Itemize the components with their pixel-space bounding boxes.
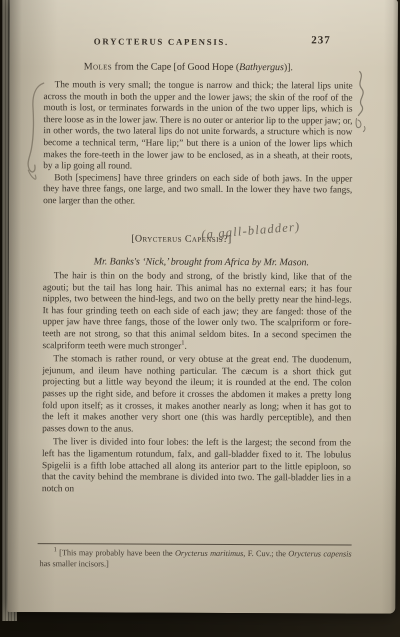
photo-background: ORYCTERUS CAPENSIS. 237 Moles from the C… — [0, 0, 400, 637]
paragraph-hair-period: . — [184, 341, 186, 351]
footnote-text-3: has smaller incisors.] — [40, 559, 109, 568]
paragraph-group-2: The hair is thin on the body and strong,… — [42, 271, 352, 499]
section-heading-smallcaps: Moles — [84, 61, 112, 72]
section-heading-suffix: )]. — [284, 62, 293, 73]
pencil-curved-bracket-icon — [28, 83, 44, 179]
running-head: ORYCTERUS CAPENSIS. 237 — [44, 34, 353, 49]
paragraph-group-1: The mouth is very small; the tongue is n… — [43, 80, 353, 209]
specimen-subheading: Mr. Banks's ‘Nick,’ brought from Africa … — [47, 256, 356, 269]
paragraph-stomach: The stomach is rather round, or very obt… — [42, 354, 351, 437]
footnote: 1 [This may probably have been the Oryct… — [40, 548, 352, 571]
footnote-rule — [38, 543, 352, 545]
paragraph-grinders: Both [specimens] have three grinders on … — [43, 173, 352, 209]
section-heading-text: from the Cape [of Good Hope ( — [112, 61, 239, 73]
pencil-wavy-brace-icon — [356, 72, 365, 132]
paragraph-mouth: The mouth is very small; the tongue is n… — [43, 80, 352, 174]
running-head-title: ORYCTERUS CAPENSIS. — [94, 36, 229, 48]
section-heading-species: Bathyergus — [239, 62, 284, 73]
paragraph-hair-text: The hair is thin on the body and strong,… — [42, 271, 351, 351]
footnote-species-2: Orycterus capensis — [288, 549, 351, 558]
paragraph-liver: The liver is divided into four lobes: th… — [42, 437, 351, 496]
footnote-text: [This may probably have been the — [57, 548, 175, 558]
footnote-text-2: , F. Cuv.; the — [243, 549, 288, 558]
footnote-species-1: Orycterus maritimus — [175, 549, 243, 558]
section-heading: Moles from the Cape [of Good Hope (Bathy… — [84, 61, 364, 74]
paragraph-hair: The hair is thin on the body and strong,… — [42, 271, 351, 354]
page-number: 237 — [311, 35, 331, 47]
book-page: ORYCTERUS CAPENSIS. 237 Moles from the C… — [7, 0, 398, 614]
